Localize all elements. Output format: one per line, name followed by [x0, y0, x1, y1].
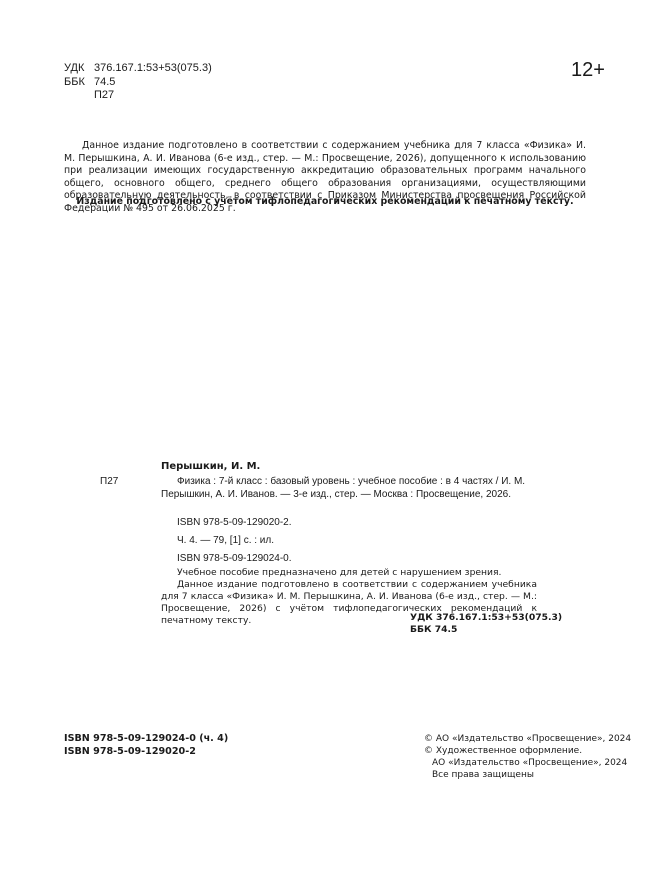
- age-rating: 12+: [571, 58, 605, 82]
- footer-isbn-part: ISBN 978-5-09-129024-0 (ч. 4): [64, 733, 228, 746]
- footer-copyright: © АО «Издательство «Просвещение», 2024 ©…: [424, 733, 631, 781]
- card-isbn-part: ISBN 978-5-09-129024-0.: [177, 553, 292, 564]
- copyright-1: © АО «Издательство «Просвещение», 2024: [424, 733, 631, 745]
- card-code: П27: [100, 476, 118, 487]
- udk-value: 376.167.1:53+53(075.3): [94, 62, 212, 76]
- card-author: Перышкин, И. М.: [161, 461, 260, 472]
- author-mark-row: П27: [64, 89, 212, 103]
- card-body: Физика : 7-й класс : базовый уровень : у…: [161, 476, 537, 501]
- annotation-1: Учебное пособие предназначено для детей …: [161, 567, 537, 579]
- card-title: Физика : 7-й класс : базовый уровень : у…: [161, 476, 537, 501]
- card-bbk: ББК 74.5: [410, 624, 562, 636]
- copyright-2: © Художественное оформление.: [424, 745, 631, 757]
- rights-reserved: Все права защищены: [424, 769, 631, 781]
- card-codes: УДК 376.167.1:53+53(075.3) ББК 74.5: [410, 612, 562, 636]
- udk-row: УДК 376.167.1:53+53(075.3): [64, 62, 212, 76]
- bbk-row: ББК 74.5: [64, 76, 212, 90]
- udk-label: УДК: [64, 62, 94, 76]
- intro-bold-note: Издание подготовлено с учётом тифлопедаг…: [64, 196, 586, 208]
- footer-isbn-general: ISBN 978-5-09-129020-2: [64, 746, 228, 759]
- card-udk: УДК 376.167.1:53+53(075.3): [410, 612, 562, 624]
- card-isbn-general: ISBN 978-5-09-129020-2.: [177, 517, 292, 528]
- bbk-value: 74.5: [94, 76, 115, 90]
- author-mark: П27: [94, 89, 114, 103]
- card-part-info: Ч. 4. — 79, [1] с. : ил.: [177, 535, 274, 546]
- bbk-label: ББК: [64, 76, 94, 90]
- copyright-3: АО «Издательство «Просвещение», 2024: [424, 757, 631, 769]
- classification-block: УДК 376.167.1:53+53(075.3) ББК 74.5 П27: [64, 62, 212, 103]
- footer-isbn: ISBN 978-5-09-129024-0 (ч. 4) ISBN 978-5…: [64, 733, 228, 758]
